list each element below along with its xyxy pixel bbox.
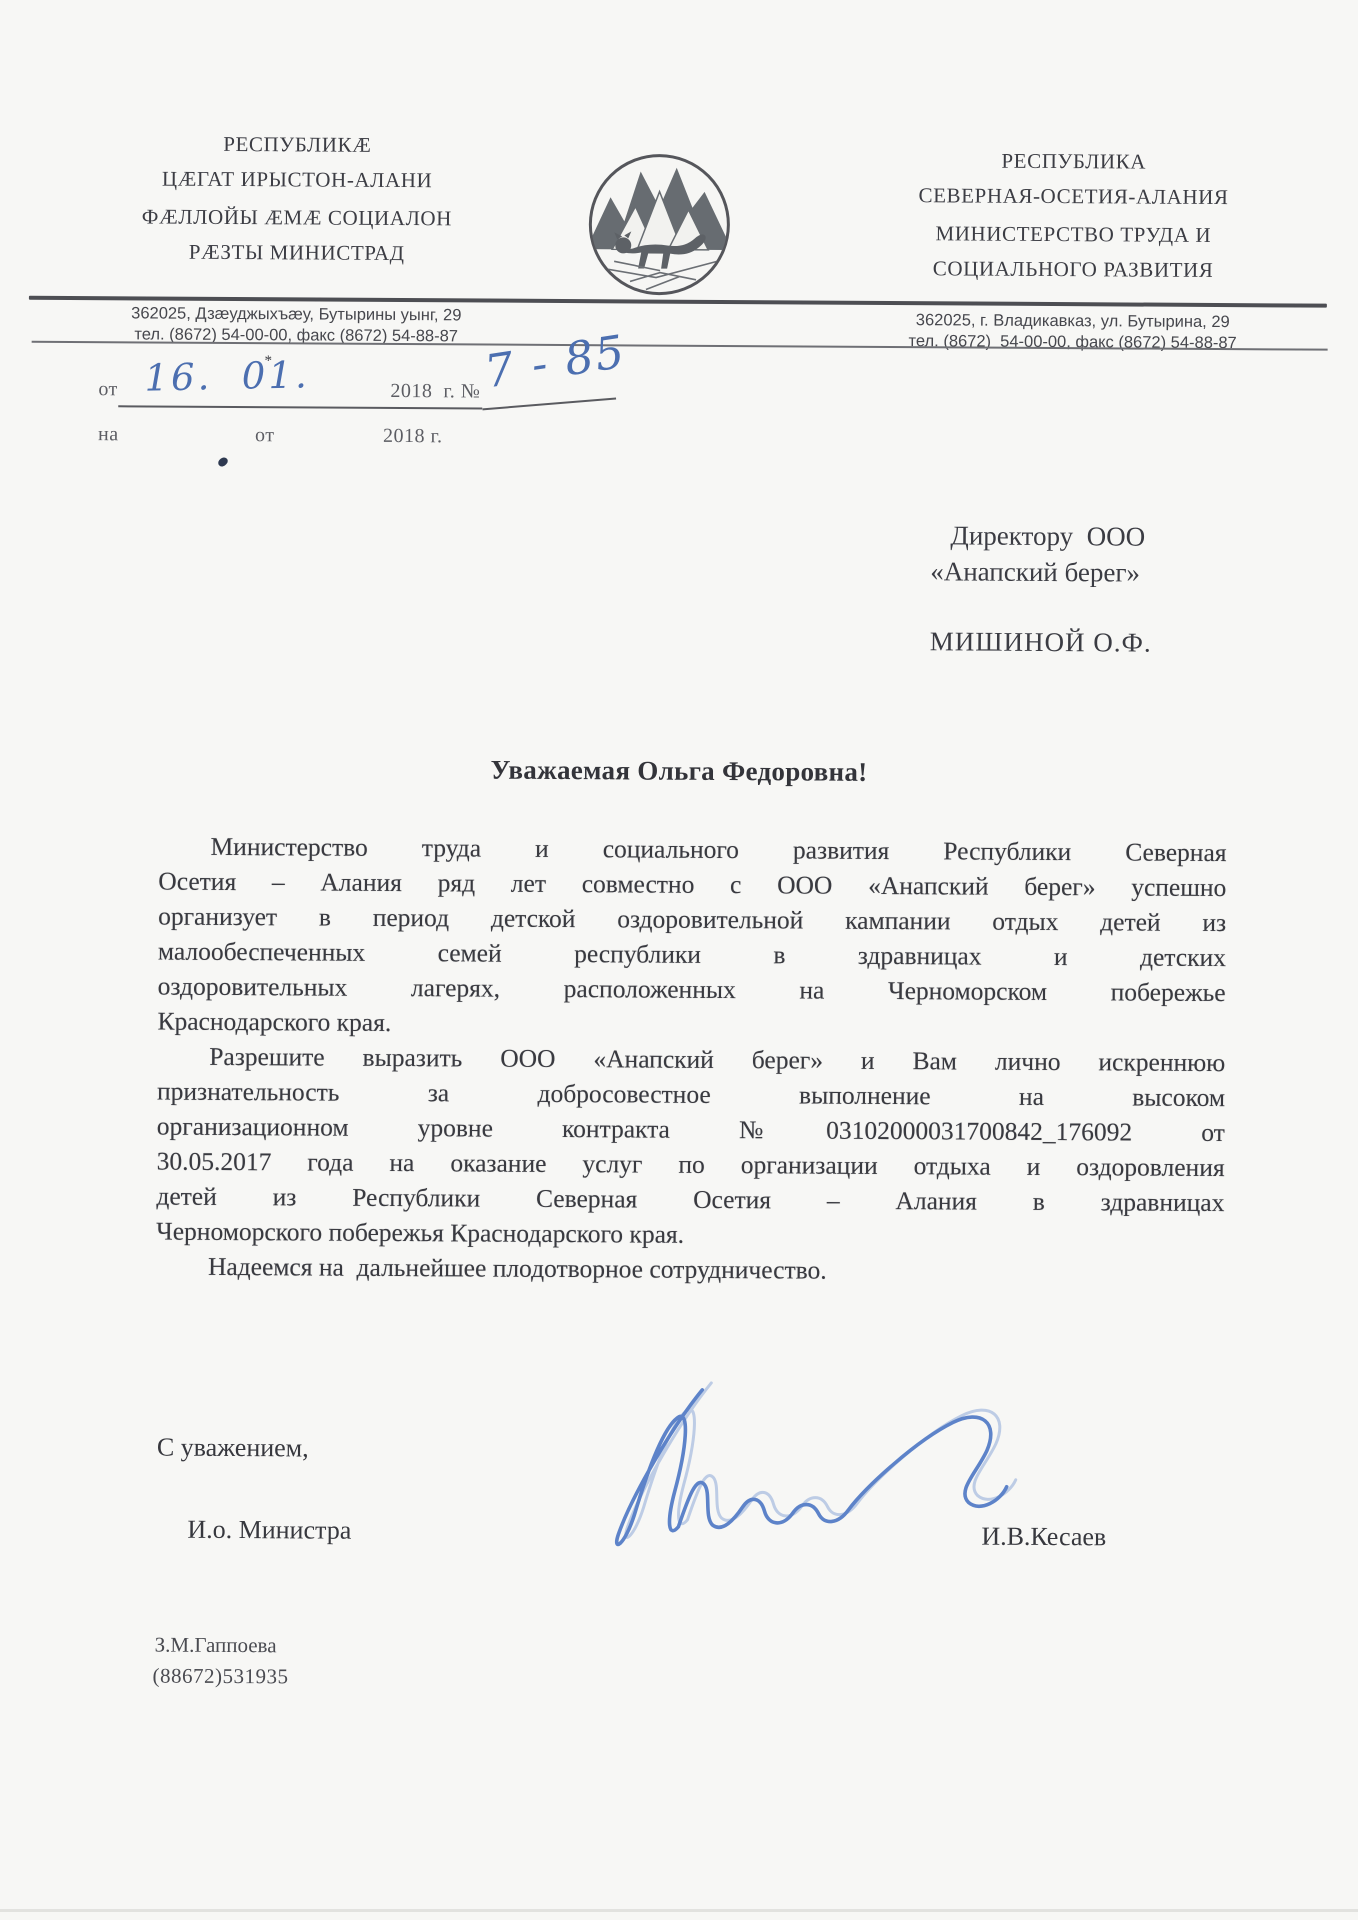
handwritten-date: 16. 01. xyxy=(144,353,310,399)
letter-body: Министерство труда и социального развити… xyxy=(156,829,1227,1291)
ref-reply-label: на xyxy=(98,423,119,446)
pen-mark-dot xyxy=(217,456,229,469)
org-name-line: РÆЗТЫ МИНИСТРАД xyxy=(69,234,524,272)
recipient-line: «Анапский берег» xyxy=(930,553,1260,591)
org-name-line: РЕСПУБЛИКА xyxy=(833,143,1315,181)
address-line: 362025, Дзæуджыхъæу, Бутырины уынг, 29 xyxy=(69,303,524,327)
ref-from-label: от xyxy=(98,378,118,401)
signoff-position: И.о. Министра xyxy=(187,1515,351,1546)
org-name-line: РЕСПУБЛИКÆ xyxy=(70,126,525,164)
org-name-line: СОЦИАЛЬНОГО РАЗВИТИЯ xyxy=(832,251,1314,289)
address-line: тел. (8672) 54-00-00, факс (8672) 54-88-… xyxy=(832,331,1314,355)
ref-reply-year-label: 2018 г. xyxy=(383,425,443,448)
executor-name: З.М.Гаппоева xyxy=(155,1633,277,1659)
salutation: Уважаемая Ольга Федоровна! xyxy=(159,753,1199,790)
executor-phone: (88672)531935 xyxy=(152,1664,288,1690)
scan-content: РЕСПУБЛИКÆ ЦÆГАТ ИРЫСТОН-АЛАНИ ФÆЛЛОЙЫ Æ… xyxy=(0,0,1358,1920)
scanned-letter-page: РЕСПУБЛИКÆ ЦÆГАТ ИРЫСТОН-АЛАНИ ФÆЛЛОЙЫ Æ… xyxy=(0,0,1358,1920)
signoff-name: И.В.Кесаев xyxy=(981,1522,1106,1553)
date-underline xyxy=(118,405,482,409)
org-name-line: МИНИСТЕРСТВО ТРУДА И xyxy=(832,216,1314,254)
signoff-regards: С уважением, xyxy=(157,1433,309,1464)
address-line: 362025, г. Владикавказ, ул. Бутырина, 29 xyxy=(832,310,1314,334)
org-name-line: ЦÆГАТ ИРЫСТОН-АЛАНИ xyxy=(70,161,525,199)
letterhead-left-org: РЕСПУБЛИКÆ ЦÆГАТ ИРЫСТОН-АЛАНИ ФÆЛЛОЙЫ Æ… xyxy=(69,126,525,272)
coat-of-arms-icon xyxy=(584,149,735,300)
ref-reply-from-label: от xyxy=(255,424,275,447)
recipient-line: Директору ООО xyxy=(930,517,1260,555)
org-name-line: СЕВЕРНАЯ-ОСЕТИЯ-АЛАНИЯ xyxy=(832,178,1314,216)
number-underline xyxy=(482,398,616,411)
org-name-line: ФÆЛЛОЙЫ ÆМÆ СОЦИАЛОН xyxy=(69,199,524,237)
recipient-name: МИШИНОЙ О.Ф. xyxy=(930,623,1260,661)
recipient-block: Директору ООО «Анапский берег» МИШИНОЙ О… xyxy=(930,517,1261,661)
signature-ink xyxy=(536,1371,1067,1584)
body-line: Надеемся на дальнейшее плодотворное сотр… xyxy=(156,1249,1224,1291)
letterhead-right-org: РЕСПУБЛИКА СЕВЕРНАЯ-ОСЕТИЯ-АЛАНИЯ МИНИСТ… xyxy=(832,143,1315,289)
ref-year-number-label: 2018 г. № xyxy=(390,380,480,404)
